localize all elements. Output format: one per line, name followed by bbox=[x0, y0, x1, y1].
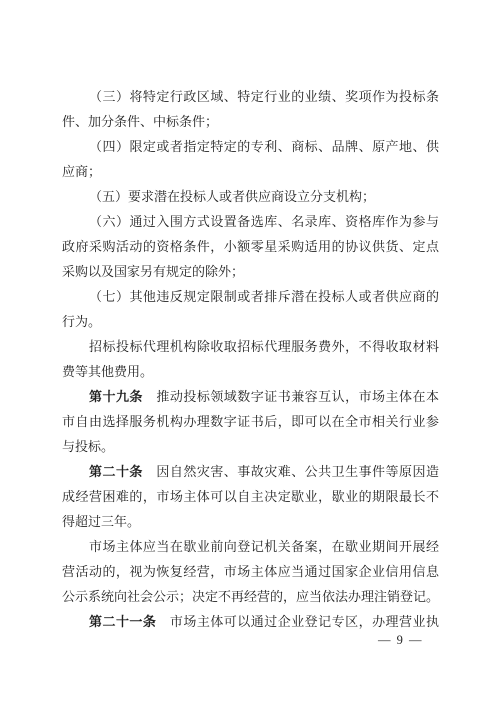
line-text: （六）通过入围方式设置备选库、名录库、资格库作为参与 bbox=[89, 214, 439, 229]
line-text: 因自然灾害、事故灾难、公共卫生事件等原因造 bbox=[143, 464, 439, 479]
document-line: （七）其他违反规定限制或者排斥潜在投标人或者供应商的 bbox=[62, 284, 439, 309]
document-line: 应商； bbox=[62, 159, 439, 184]
document-line: 件、加分条件、中标条件； bbox=[62, 109, 439, 134]
document-line: 营活动的，视为恢复经营，市场主体应当通过国家企业信用信息 bbox=[62, 559, 439, 584]
document-line: 市场主体应当在歇业前向登记机关备案，在歇业期间开展经 bbox=[62, 534, 439, 559]
line-text: 行为。 bbox=[62, 314, 101, 329]
line-text: 应商； bbox=[62, 164, 101, 179]
line-text: 市自由选择服务机构办理数字证书后，即可以在全市相关行业参 bbox=[62, 414, 439, 429]
line-text: 市场主体可以通过企业登记专区，办理营业执 bbox=[156, 614, 439, 629]
document-line: （五）要求潜在投标人或者供应商设立分支机构； bbox=[62, 184, 439, 209]
document-line: 成经营困难的，市场主体可以自主决定歇业，歇业的期限最长不 bbox=[62, 484, 439, 509]
line-text: 政府采购活动的资格条件，小额零星采购适用的协议供货、定点 bbox=[62, 239, 439, 254]
document-line: 得超过三年。 bbox=[62, 509, 439, 534]
page-number: — 9 — bbox=[378, 631, 423, 649]
document-line: （三）将特定行政区域、特定行业的业绩、奖项作为投标条 bbox=[62, 84, 439, 109]
article-number: 第十九条 bbox=[89, 389, 143, 404]
article-number: 第二十条 bbox=[89, 464, 143, 479]
line-text: （七）其他违反规定限制或者排斥潜在投标人或者供应商的 bbox=[89, 289, 439, 304]
document-body: （三）将特定行政区域、特定行业的业绩、奖项作为投标条 件、加分条件、中标条件； … bbox=[62, 84, 439, 634]
line-text: 与投标。 bbox=[62, 439, 114, 454]
line-text: （三）将特定行政区域、特定行业的业绩、奖项作为投标条 bbox=[89, 89, 439, 104]
line-text: 招标投标代理机构除收取招标代理服务费外，不得收取材料 bbox=[89, 339, 439, 354]
document-line: 市自由选择服务机构办理数字证书后，即可以在全市相关行业参 bbox=[62, 409, 439, 434]
line-text: 营活动的，视为恢复经营，市场主体应当通过国家企业信用信息 bbox=[62, 564, 439, 579]
document-page: （三）将特定行政区域、特定行业的业绩、奖项作为投标条 件、加分条件、中标条件； … bbox=[0, 0, 500, 707]
document-line: 行为。 bbox=[62, 309, 439, 334]
line-text: 公示系统向社会公示；决定不再经营的，应当依法办理注销登记。 bbox=[62, 589, 439, 604]
line-text: 得超过三年。 bbox=[62, 514, 140, 529]
document-line-article-20: 第二十条 因自然灾害、事故灾难、公共卫生事件等原因造 bbox=[62, 459, 439, 484]
line-text: 市场主体应当在歇业前向登记机关备案，在歇业期间开展经 bbox=[89, 539, 439, 554]
document-line: （六）通过入围方式设置备选库、名录库、资格库作为参与 bbox=[62, 209, 439, 234]
document-line: 与投标。 bbox=[62, 434, 439, 459]
line-text: 成经营困难的，市场主体可以自主决定歇业，歇业的期限最长不 bbox=[62, 489, 439, 504]
line-text: 费等其他费用。 bbox=[62, 364, 153, 379]
document-line: 公示系统向社会公示；决定不再经营的，应当依法办理注销登记。 bbox=[62, 584, 439, 609]
line-text: 推动投标领域数字证书兼容互认，市场主体在本 bbox=[143, 389, 439, 404]
document-line: 采购以及国家另有规定的除外； bbox=[62, 259, 439, 284]
line-text: 采购以及国家另有规定的除外； bbox=[62, 264, 244, 279]
line-text: （四）限定或者指定特定的专利、商标、品牌、原产地、供 bbox=[89, 139, 439, 154]
document-line: 招标投标代理机构除收取招标代理服务费外，不得收取材料 bbox=[62, 334, 439, 359]
article-number: 第二十一条 bbox=[89, 614, 156, 629]
document-line: （四）限定或者指定特定的专利、商标、品牌、原产地、供 bbox=[62, 134, 439, 159]
line-text: （五）要求潜在投标人或者供应商设立分支机构； bbox=[89, 189, 375, 204]
document-line: 费等其他费用。 bbox=[62, 359, 439, 384]
line-text: 件、加分条件、中标条件； bbox=[62, 114, 218, 129]
document-line: 政府采购活动的资格条件，小额零星采购适用的协议供货、定点 bbox=[62, 234, 439, 259]
document-line-article-19: 第十九条 推动投标领域数字证书兼容互认，市场主体在本 bbox=[62, 384, 439, 409]
